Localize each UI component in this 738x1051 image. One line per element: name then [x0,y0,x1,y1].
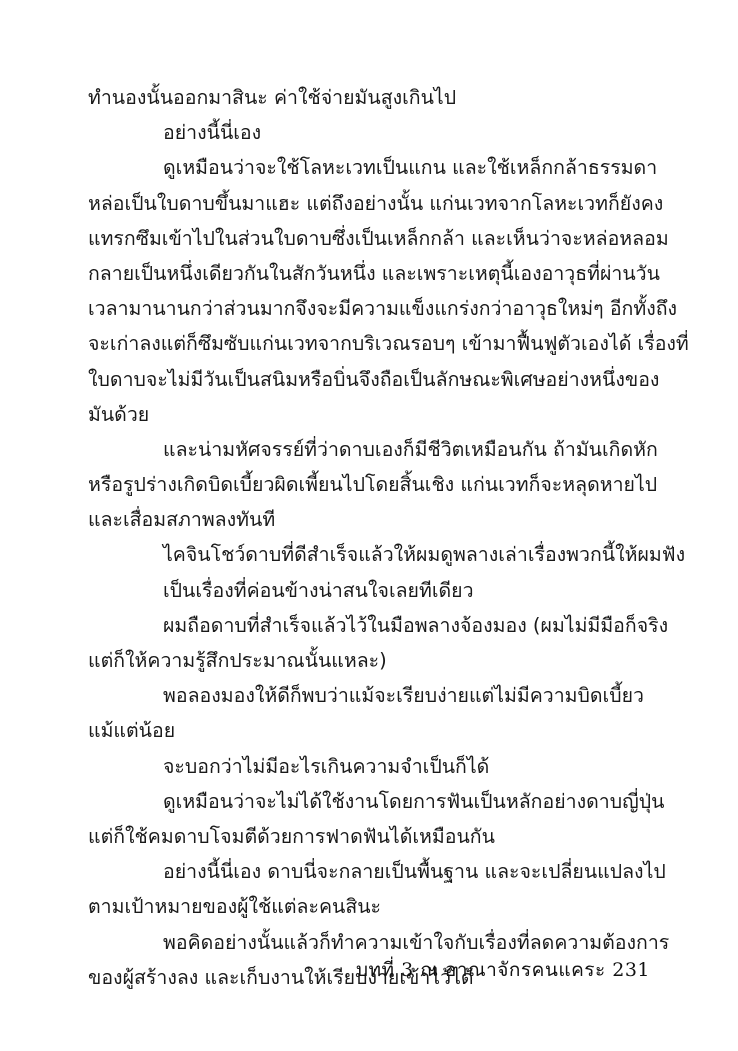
running-footer: บทที่ 3 ณ อาณาจักรคนแคระ 231 [340,955,650,985]
text-line: อย่างนี้นี่เอง ดาบนี่จะกลายเป็นพื้นฐาน แ… [88,854,650,889]
text-line: มันด้วย [88,397,650,432]
body-text: ทำนองนั้นออกมาสินะ ค่าใช้จ่ายมันสูงเกินไ… [88,80,650,995]
footer-running-head: บทที่ 3 ณ อาณาจักรคนแคระ 231 [356,959,650,981]
text-line: เป็นเรื่องที่ค่อนข้างน่าสนใจเลยทีเดียว [88,573,650,608]
text-line: และเสื่อมสภาพลงทันที [88,502,650,537]
text-line: หรือรูปร่างเกิดบิดเบี้ยวผิดเพี้ยนไปโดยสิ… [88,467,650,502]
book-page: ทำนองนั้นออกมาสินะ ค่าใช้จ่ายมันสูงเกินไ… [0,0,738,1051]
text-line: หล่อเป็นใบดาบขึ้นมาแฮะ แต่ถึงอย่างนั้น แ… [88,186,650,221]
text-line: แต่ก็ให้ความรู้สึกประมาณนั้นแหละ) [88,643,650,678]
text-line: ดูเหมือนว่าจะใช้โลหะเวทเป็นแกน และใช้เหล… [88,150,650,185]
text-line: แทรกซึมเข้าไปในส่วนใบดาบซึ่งเป็นเหล็กกล้… [88,221,650,256]
text-line: ทำนองนั้นออกมาสินะ ค่าใช้จ่ายมันสูงเกินไ… [88,80,650,115]
text-line: จะเก่าลงแต่ก็ซึมซับแก่นเวทจากบริเวณรอบๆ … [88,326,650,361]
text-line: ดูเหมือนว่าจะไม่ได้ใช้งานโดยการฟันเป็นหล… [88,784,650,819]
text-line: ไคจินโชว์ดาบที่ดีสำเร็จแล้วให้ผมดูพลางเล… [88,537,650,572]
text-line: ตามเป้าหมายของผู้ใช้แต่ละคนสินะ [88,889,650,924]
text-line: เวลามานานกว่าส่วนมากจึงจะมีความแข็งแกร่ง… [88,291,650,326]
text-line: จะบอกว่าไม่มีอะไรเกินความจำเป็นก็ได้ [88,749,650,784]
text-line: แม้แต่น้อย [88,713,650,748]
text-line: ผมถือดาบที่สำเร็จแล้วไว้ในมือพลางจ้องมอง… [88,608,650,643]
text-line: และน่ามหัศจรรย์ที่ว่าดาบเองก็มีชีวิตเหมื… [88,432,650,467]
text-line: ใบดาบจะไม่มีวันเป็นสนิมหรือบิ่นจึงถือเป็… [88,362,650,397]
text-line: อย่างนี้นี่เอง [88,115,650,150]
text-line: พอลองมองให้ดีก็พบว่าแม้จะเรียบง่ายแต่ไม่… [88,678,650,713]
text-line: แต่ก็ใช้คมดาบโจมตีด้วยการฟาดฟันได้เหมือน… [88,819,650,854]
text-line: กลายเป็นหนึ่งเดียวกันในสักวันหนึ่ง และเพ… [88,256,650,291]
